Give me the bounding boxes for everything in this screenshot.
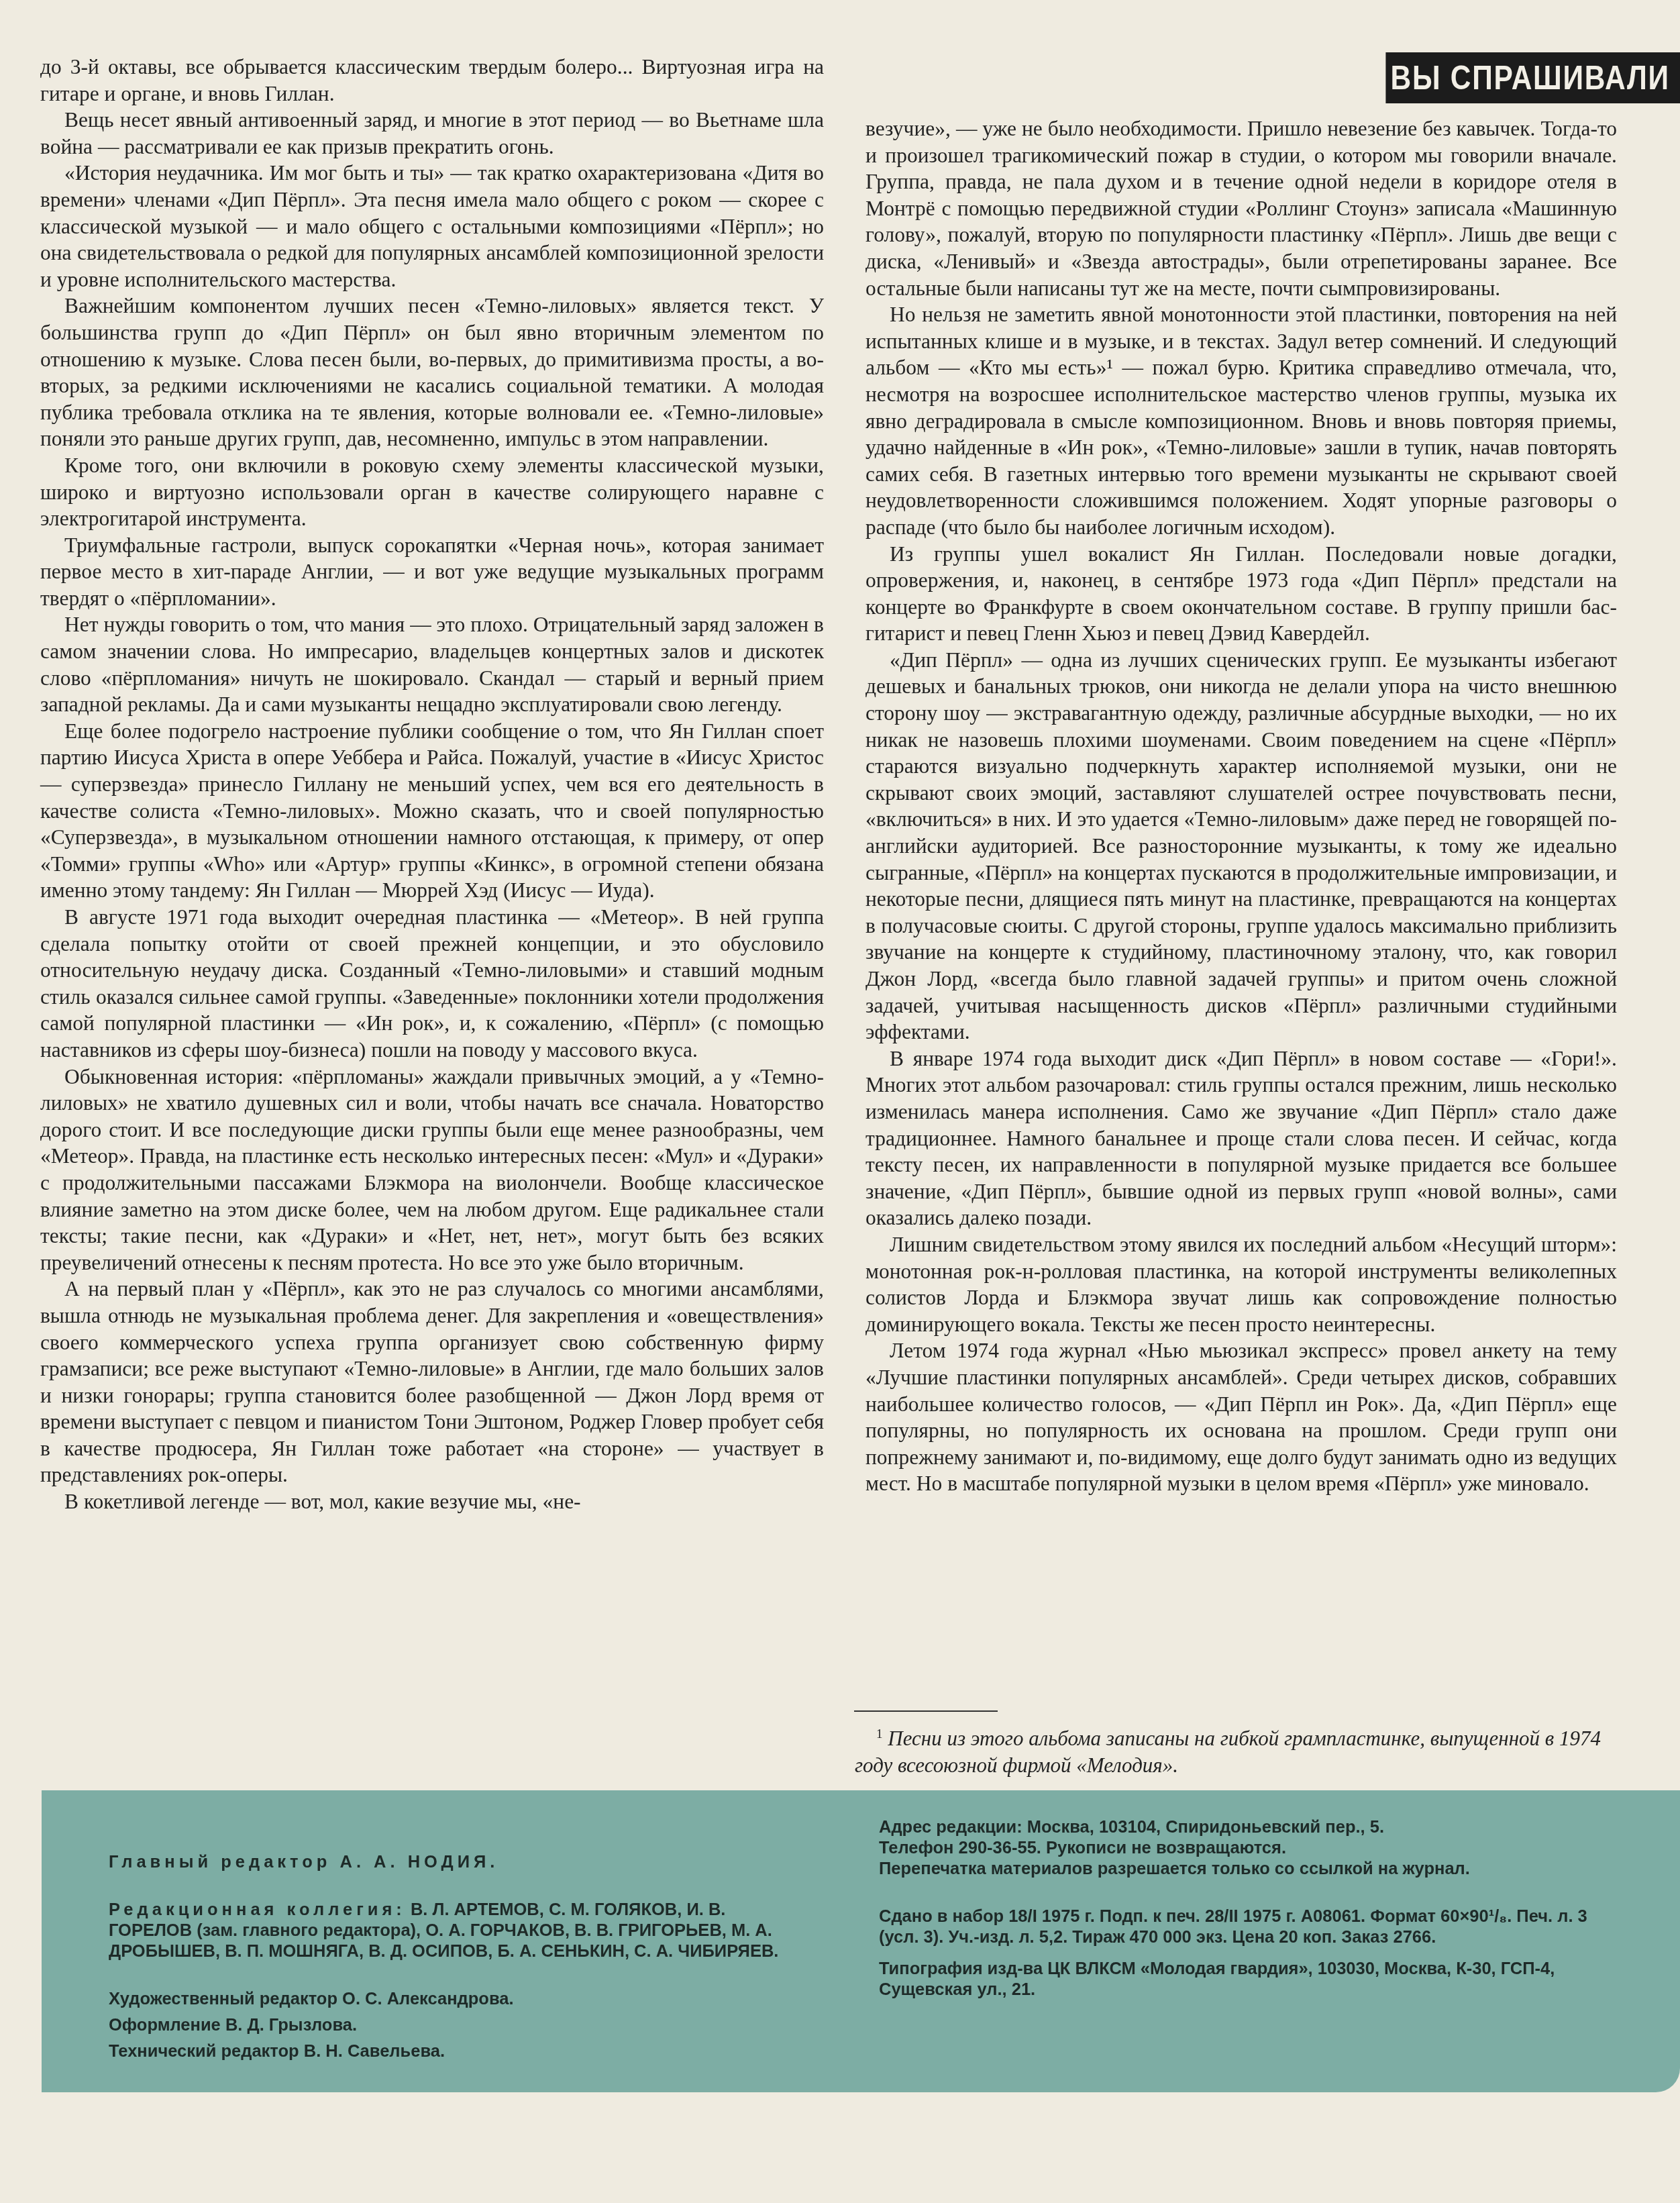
paragraph: Важнейшим компонентом лучших песен «Темн… [40, 293, 824, 452]
paragraph: Лишним свидетельством этому явился их по… [865, 1231, 1617, 1337]
paragraph: В августе 1971 года выходит очередная пл… [40, 904, 824, 1064]
paragraph: «Дип Пёрпл» — одна из лучших сценических… [865, 647, 1617, 1045]
article-column-left: до 3-й октавы, все обрывается классическ… [40, 54, 824, 1515]
editorial-address: Адрес редакции: Москва, 103104, Спиридон… [879, 1817, 1604, 1838]
paragraph: В январе 1974 года выходит диск «Дип Пёр… [865, 1045, 1617, 1231]
paragraph: Из группы ушел вокалист Ян Гиллан. После… [865, 541, 1617, 647]
footnote-text: Песни из этого альбома записаны на гибко… [855, 1727, 1601, 1777]
footnote-divider [854, 1710, 998, 1712]
paragraph: Триумфальные гастроли, выпуск сорокапятк… [40, 532, 824, 612]
paragraph: Кроме того, они включили в роковую схему… [40, 452, 824, 532]
reprint-notice: Перепечатка материалов разрешается тольк… [879, 1859, 1604, 1880]
section-title: ВЫ СПРАШИВАЛИ [1391, 59, 1670, 97]
section-header-banner: ВЫ СПРАШИВАЛИ [1385, 52, 1680, 103]
print-info: Сдано в набор 18/I 1975 г. Подп. к печ. … [879, 1906, 1604, 1948]
publication-details: Адрес редакции: Москва, 103104, Спиридон… [879, 1817, 1604, 2000]
printer-info: Типография изд-ва ЦК ВЛКСМ «Молодая гвар… [879, 1959, 1604, 2000]
paragraph: Еще более подогрело настроение публики с… [40, 718, 824, 904]
paragraph: Обыкновенная история: «пёрпломаны» жажда… [40, 1064, 824, 1276]
paragraph: Вещь несет явный антивоенный заряд, и мн… [40, 107, 824, 160]
footnote-marker: 1 [876, 1727, 883, 1741]
paragraph: Нет нужды говорить о том, что мания — эт… [40, 611, 824, 717]
paragraph: везучие», — уже не было необходимости. П… [865, 115, 1617, 301]
art-editor: Художественный редактор О. С. Александро… [109, 1989, 813, 2010]
paragraph: до 3-й октавы, все обрывается классическ… [40, 54, 824, 107]
paragraph: Летом 1974 года журнал «Нью мьюзикал экс… [865, 1337, 1617, 1497]
paragraph: В кокетливой легенде — вот, мол, какие в… [40, 1488, 824, 1515]
editorial-phone: Телефон 290-36-55. Рукописи не возвращаю… [879, 1838, 1604, 1859]
editorial-staff: Главный редактор А. А. НОДИЯ. Редакционн… [109, 1852, 813, 2062]
editorial-board: Редакционная коллегия: В. Л. АРТЕМОВ, С.… [109, 1900, 813, 1962]
board-label: Редакционная коллегия: [109, 1900, 406, 1919]
tech-editor: Технический редактор В. Н. Савельева. [109, 2041, 813, 2062]
paragraph: А на первый план у «Пёрпл», как это не р… [40, 1276, 824, 1488]
chief-editor: Главный редактор А. А. НОДИЯ. [109, 1852, 813, 1873]
design-credit: Оформление В. Д. Грызлова. [109, 2015, 813, 2036]
article-column-right: везучие», — уже не было необходимости. П… [865, 115, 1617, 1497]
footnote: 1 Песни из этого альбома записаны на гиб… [855, 1721, 1613, 1779]
paragraph: «История неудачника. Им мог быть и ты» —… [40, 160, 824, 293]
imprint-box: Главный редактор А. А. НОДИЯ. Редакционн… [42, 1790, 1680, 2092]
paragraph: Но нельзя не заметить явной монотонности… [865, 301, 1617, 540]
